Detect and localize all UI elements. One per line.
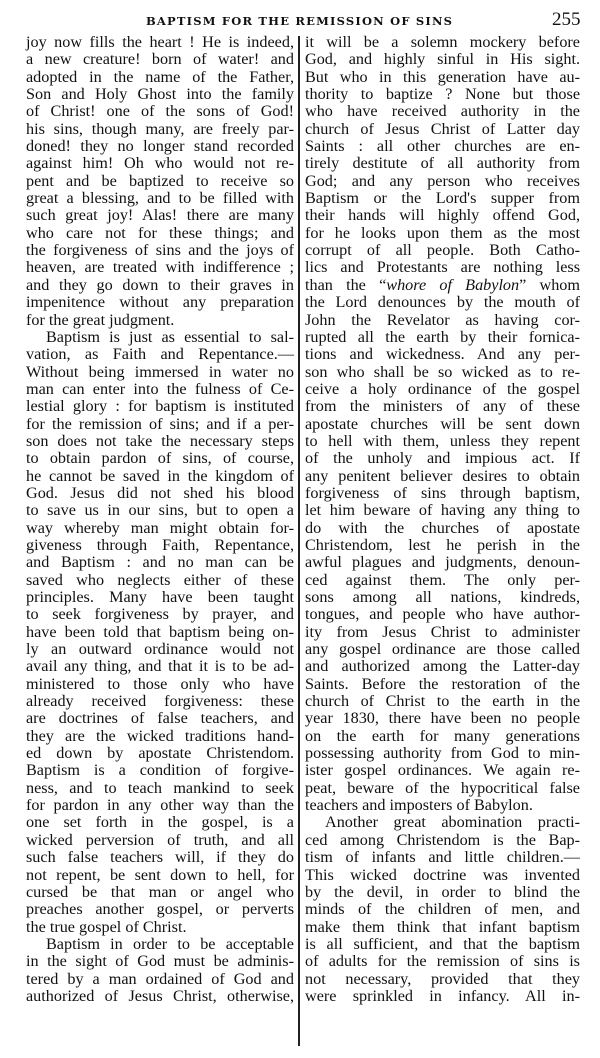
text-line: This wicked doctrine was invented: [305, 867, 580, 884]
text-line: lestial glory : for baptism is institute…: [26, 398, 294, 415]
text-line: to obtain pardon of sins, of course,: [26, 450, 294, 467]
text-line: teachers and imposters of Babylon.: [305, 797, 580, 814]
column-divider: [298, 36, 300, 1046]
text-line: son who shall be so wicked as to re-: [305, 364, 580, 381]
text-line: year 1830, there have been no people: [305, 710, 580, 727]
text-line: minds of the children of men, and: [305, 901, 580, 918]
text-line: church of Christ to the earth in the: [305, 693, 580, 710]
text-line: great a blessing, and to be filled with: [26, 190, 294, 207]
text-line: of adults for the remission of sins is: [305, 953, 580, 970]
text-line: who have received authority in the: [305, 103, 580, 120]
text-line: lics and Protestants are nothing less: [305, 259, 580, 276]
text-line: forgiveness of sins through baptism,: [305, 485, 580, 502]
text-line: for the remission of sins; and if a per-: [26, 416, 294, 433]
page-number: 255: [552, 9, 581, 31]
text-line: make them think that infant baptism: [305, 919, 580, 936]
page-header: BAPTISM FOR THE REMISSION OF SINS 255: [0, 8, 600, 32]
text-line: Saints. Before the restoration of the: [305, 676, 580, 693]
text-line: heaven, are treated with indifference ;: [26, 259, 294, 276]
text-line: ness, and to teach mankind to seek: [26, 780, 294, 797]
text-line: saved who neglects either of these: [26, 572, 294, 589]
text-line: do with the churches of apostate: [305, 520, 580, 537]
text-line: any gospel ordinance are those called: [305, 641, 580, 658]
text-line: Baptism in order to be acceptable: [26, 936, 294, 953]
text-line: were sprinkled in infancy. All in-: [305, 988, 580, 1005]
text-line: ed down by apostate Christendom.: [26, 745, 294, 762]
text-line: Another great abomination practi-: [305, 814, 580, 831]
text-line: already received forgiveness: these: [26, 693, 294, 710]
text-line: rupted all the earth by their fornica-: [305, 329, 580, 346]
text-line: for he looks upon them as the most: [305, 225, 580, 242]
text-line: tism of infants and little children.—: [305, 849, 580, 866]
text-line: their hands will highly offend God,: [305, 207, 580, 224]
text-line: church of Jesus Christ of Latter day: [305, 121, 580, 138]
text-line: awful plagues and judgments, denoun-: [305, 554, 580, 571]
text-line: Son and Holy Ghost into the family: [26, 86, 294, 103]
text-line: man can enter into the fulness of Ce-: [26, 381, 294, 398]
text-line: peat, beware of the hypocritical false: [305, 780, 580, 797]
text-line: giveness through Faith, Repentance,: [26, 537, 294, 554]
text-line: from the ministers of any of these: [305, 398, 580, 415]
text-line: a new creature! born of water! and: [26, 51, 294, 68]
text-line: Baptism is a condition of forgive-: [26, 762, 294, 779]
text-line: ceive a holy ordinance of the gospel: [305, 381, 580, 398]
text-line: for pardon in any other way than the: [26, 797, 294, 814]
text-line: ity from Jesus Christ to administer: [305, 624, 580, 641]
text-line: preaches another gospel, or perverts: [26, 901, 294, 918]
left-column: joy now fills the heart ! He is indeed,a…: [26, 34, 294, 1005]
text-line: the true gospel of Christ.: [26, 919, 294, 936]
text-line: he cannot be saved in the kingdom of: [26, 468, 294, 485]
text-line: corrupt of all people. Both Catho-: [305, 242, 580, 259]
text-line: his sins, though many, are freely par-: [26, 121, 294, 138]
right-column: it will be a solemn mockery beforeGod, a…: [305, 34, 580, 1005]
text-line: and they go down to their graves in: [26, 277, 294, 294]
text-line: ister gospel ordinances. We again re-: [305, 762, 580, 779]
text-line: one set forth in the gospel, is a: [26, 814, 294, 831]
text-line: let him beware of having any thing to: [305, 502, 580, 519]
text-line: such great joy! Alas! there are many: [26, 207, 294, 224]
text-line: doned! they no longer stand recorded: [26, 138, 294, 155]
text-line: against him! Oh who would not re-: [26, 155, 294, 172]
text-line: any penitent believer desires to obtain: [305, 468, 580, 485]
text-line: ministered to those only who have: [26, 676, 294, 693]
text-line: in the sight of God must be adminis-: [26, 953, 294, 970]
text-line: of the unholy and impious act. If: [305, 450, 580, 467]
text-line: such false teachers will, if they do: [26, 849, 294, 866]
text-line: the forgiveness of sins and the joys of: [26, 242, 294, 259]
text-line: vation, as Faith and Repentance.—: [26, 346, 294, 363]
text-line: principles. Many have been taught: [26, 589, 294, 606]
running-title: BAPTISM FOR THE REMISSION OF SINS: [146, 14, 453, 28]
text-line: sons among all nations, kindreds,: [305, 589, 580, 606]
text-line: by the devil, in order to blind the: [305, 884, 580, 901]
text-line: impenitence without any preparation: [26, 294, 294, 311]
text-line: tongues, and people who have author-: [305, 606, 580, 623]
text-line: Baptism or the Lord's supper from: [305, 190, 580, 207]
text-line: tirely destitute of all authority from: [305, 155, 580, 172]
text-line: possessing authority from God to min-: [305, 745, 580, 762]
text-line: wicked perversion of truth, and all: [26, 832, 294, 849]
text-line: for the great judgment.: [26, 312, 294, 329]
text-line: than the “whore of Babylon” whom: [305, 277, 580, 294]
text-line: John the Revelator as having cor-: [305, 312, 580, 329]
text-line: it will be a solemn mockery before: [305, 34, 580, 51]
text-line: of Christ! one of the sons of God!: [26, 103, 294, 120]
text-line: God; and any person who receives: [305, 173, 580, 190]
text-line: But who in this generation have au-: [305, 69, 580, 86]
text-line: and Baptism : and no man can be: [26, 554, 294, 571]
text-line: Christendom, lest he perish in the: [305, 537, 580, 554]
text-line: avail any thing, and that it is to be ad…: [26, 658, 294, 675]
text-line: God. Jesus did not shed his blood: [26, 485, 294, 502]
text-line: is all sufficient, and that the baptism: [305, 936, 580, 953]
text-line: Saints : all other churches are en-: [305, 138, 580, 155]
text-line: apostate churches will be sent down: [305, 416, 580, 433]
text-line: not repent, be sent down to hell, for: [26, 867, 294, 884]
text-line: joy now fills the heart ! He is indeed,: [26, 34, 294, 51]
text-line: tered by a man ordained of God and: [26, 971, 294, 988]
text-line: on the earth for many generations: [305, 728, 580, 745]
text-line: son does not take the necessary steps: [26, 433, 294, 450]
text-line: to save us in our sins, but to open a: [26, 502, 294, 519]
text-line: not necessary, provided that they: [305, 971, 580, 988]
text-line: ced among Christendom is the Bap-: [305, 832, 580, 849]
text-line: authorized of Jesus Christ, otherwise,: [26, 988, 294, 1005]
text-line: they are the wicked traditions hand-: [26, 728, 294, 745]
text-line: ly an outward ordinance would not: [26, 641, 294, 658]
text-line: adopted in the name of the Father,: [26, 69, 294, 86]
text-line: way whereby man might obtain for-: [26, 520, 294, 537]
text-line: pent and be baptized to receive so: [26, 173, 294, 190]
text-line: and authorized among the Latter-day: [305, 658, 580, 675]
text-line: ced against them. The only per-: [305, 572, 580, 589]
text-line: God, and highly sinful in His sight.: [305, 51, 580, 68]
text-line: thority to baptize ? None but those: [305, 86, 580, 103]
text-line: to hell with them, unless they repent: [305, 433, 580, 450]
text-line: the Lord denounces by the mouth of: [305, 294, 580, 311]
text-line: cursed be that man or angel who: [26, 884, 294, 901]
text-line: have been told that baptism being on-: [26, 624, 294, 641]
text-line: to seek forgiveness by prayer, and: [26, 606, 294, 623]
text-line: Without being immersed in water no: [26, 364, 294, 381]
text-line: who care not for these things; and: [26, 225, 294, 242]
text-line: are doctrines of false teachers, and: [26, 710, 294, 727]
text-line: tions and wickedness. And any per-: [305, 346, 580, 363]
text-line: Baptism is just as essential to sal-: [26, 329, 294, 346]
